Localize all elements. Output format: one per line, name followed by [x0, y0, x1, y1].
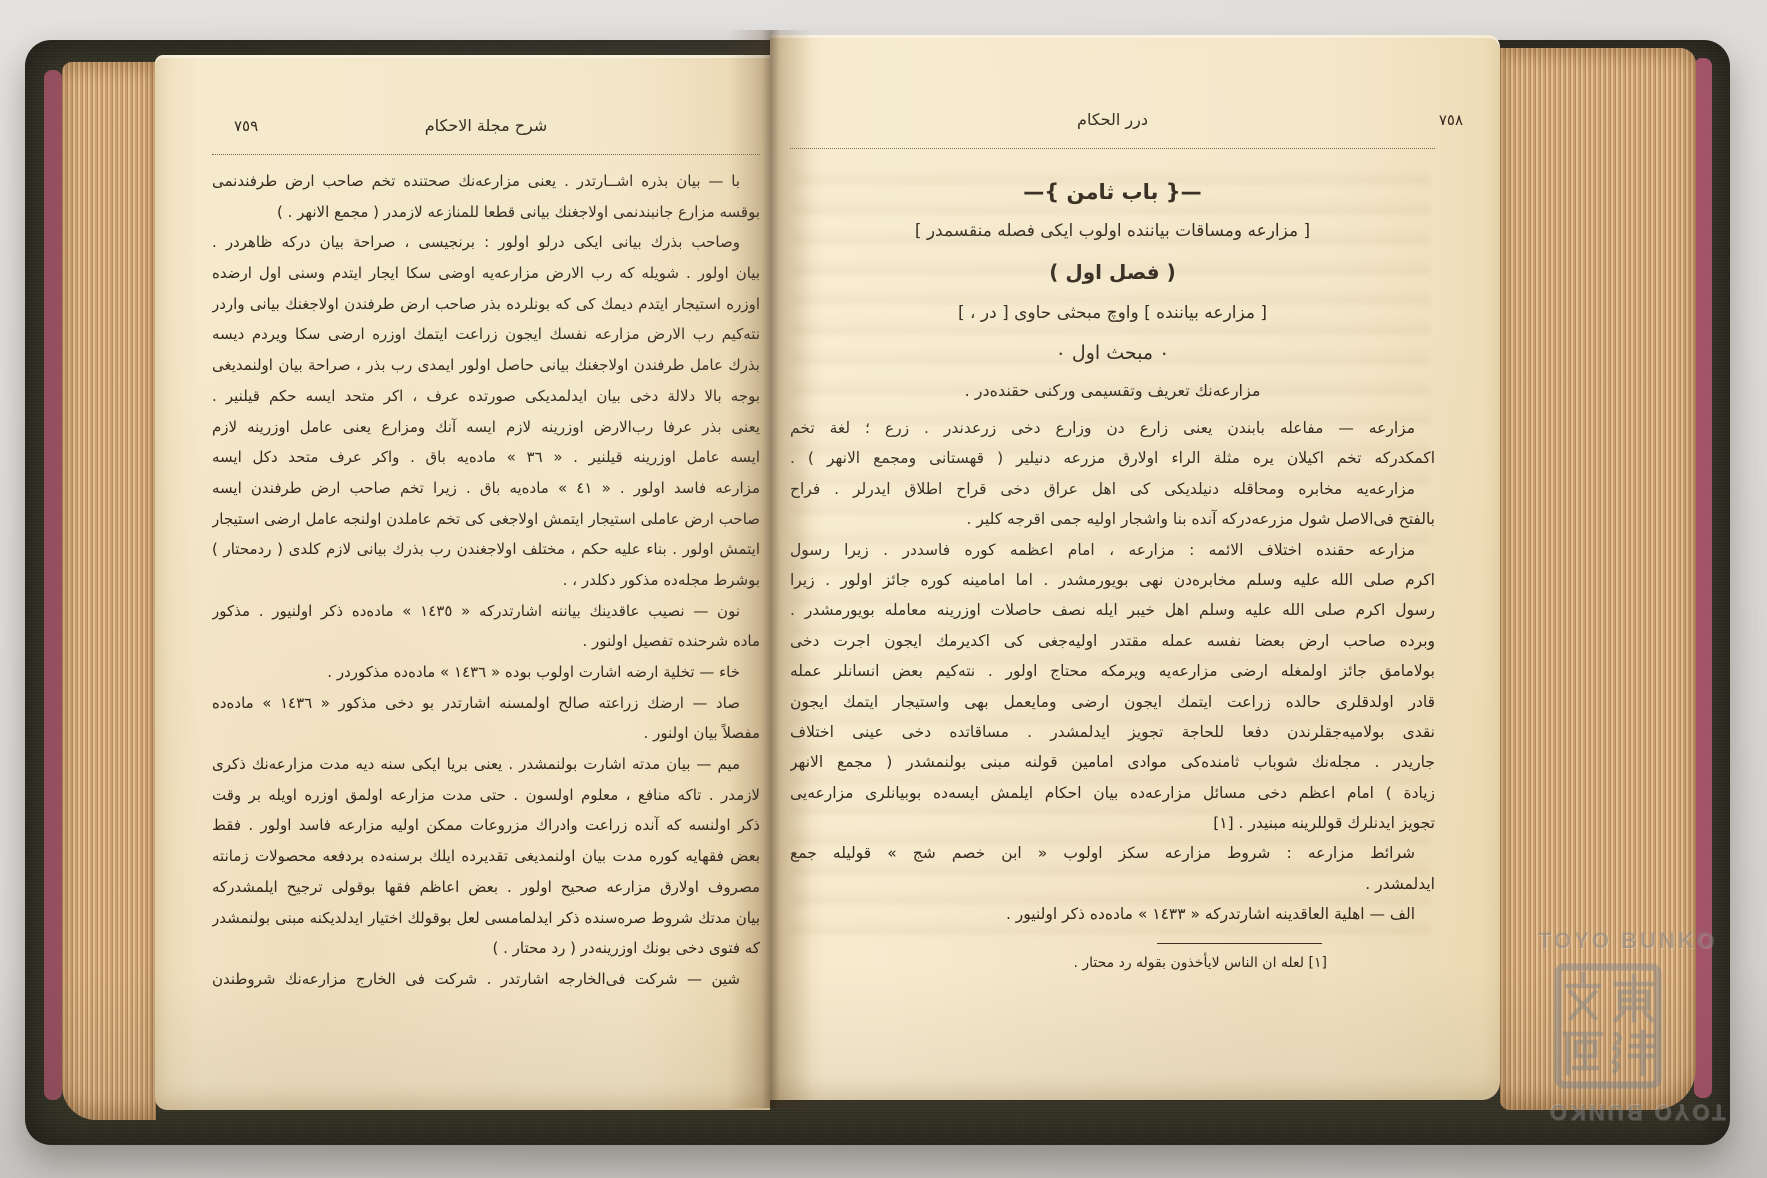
section-contents-note: [ مزارعه بياننده ] واوچ مبحثى حاوى [ در … — [790, 303, 1435, 323]
text-line: رسول اكرم صلى الله عليه وسلم اهل خيبر اي… — [790, 595, 1435, 625]
text-line: بعض فقهايه كوره مدت بيان اولنمديغى تقدير… — [212, 841, 760, 872]
topic-subject-line: مزارعه‌نك تعريف وتقسيمى وركنى حقنده‌در . — [790, 381, 1435, 400]
text-line: ميم — بيان مدته اشارت بولنمشدر . يعنى بر… — [212, 749, 760, 780]
text-line: شرائط مزارعه : شروط مزارعه سكز اولوب « ا… — [790, 838, 1435, 868]
text-line: صاد — ارضك زراعته صالح اولمسنه اشارتدر ب… — [212, 688, 760, 719]
text-line: كه فتوى دخى بونك اوزرينه‌در ( رد محتار .… — [212, 933, 760, 964]
text-line: اكمكدركه تخم اكيلان يره مثلة الراء اولار… — [790, 443, 1435, 473]
text-line: با — بيان بذره اشــارتدر . يعنى مزارعه‌ن… — [212, 166, 760, 197]
topic-heading: ٠ مبحث اول ٠ — [790, 342, 1435, 364]
text-line: يعنى بذر عرفا رب‌الارض اوزرينه لازم ايسه… — [212, 412, 760, 443]
right-page-body: مزارعه — مفاعله بابندن يعنى زارع دن وزار… — [790, 413, 1435, 930]
right-page-number: ٧٥٨ — [1439, 111, 1463, 129]
left-page-header: ٧٥٩ شرح مجلة الاحكام — [212, 116, 760, 146]
text-line: بوشرط مجله‌ده مذكور دكلدر ، . — [212, 565, 760, 596]
text-line: نقدى بولاميه‌جقلرندن دفعا للحاجة تجويز ا… — [790, 717, 1435, 747]
text-line: خاء — تخلية ارضه اشارت اولوب بوده « ١٤٣٦… — [212, 657, 760, 688]
text-line: لازمدر . تاكه منافع ، معلوم اولسون . حتى… — [212, 780, 760, 811]
text-line: مصروف اولارق مزارعه صحيح اولور . بعض اعا… — [212, 872, 760, 903]
text-line: مزارعه فاسد اولور . « ٤١ » ماده‌يه باق .… — [212, 473, 760, 504]
text-line: تجويز ايدنلرك قوللرينه مبنيدر . [١] — [790, 808, 1435, 838]
left-page-number: ٧٥٩ — [234, 117, 258, 135]
text-line: جاريدر . مجله‌نك شوباب ثامنده‌كى موادى ا… — [790, 747, 1435, 777]
left-fore-edge — [62, 62, 156, 1120]
text-line: بذرك عامل طرفندن اولاجغنك بيانى حاصل اول… — [212, 350, 760, 381]
right-page-content: ٧٥٨ درر الحكام —{ باب ثامن }— [ مزارعه و… — [790, 110, 1435, 976]
text-line: الف — اهلية العاقدينه اشارتدركه « ١٤٣٣ »… — [790, 899, 1435, 929]
right-fore-edge — [1500, 48, 1696, 1110]
chapter-heading: —{ باب ثامن }— — [790, 180, 1435, 204]
text-line: مزارعه‌يه مخابره ومحاقله دنيلديكى كى اهل… — [790, 474, 1435, 504]
text-line: اكرم صلى الله عليه وسلم مخابره‌دن نهى بو… — [790, 565, 1435, 595]
text-line: بيان اولور . شويله كه رب الارض مزارعه‌يه… — [212, 258, 760, 289]
text-line: اوزره استيجار ايتدم ديمك كى كه بونلرده ب… — [212, 289, 760, 320]
text-line: وبرده صاحب ارض بعضا نفسه عمله مقتدر اولي… — [790, 626, 1435, 656]
right-page-header: ٧٥٨ درر الحكام — [790, 110, 1435, 140]
right-running-title: درر الحكام — [790, 110, 1435, 129]
text-line: زيادة ) امام اعظم دخى مسائل مزارعه‌ده بي… — [790, 778, 1435, 808]
text-line: بوجه بالا دلالة دخى بيان ايدلمديكى صورتد… — [212, 381, 760, 412]
text-line: ايسه عامل اوزرينه قيلنير . « ٣٦ » ماده‌ي… — [212, 442, 760, 473]
text-line: شين — شركت فى‌الخارجه اشارتدر . شركت فى … — [212, 964, 760, 995]
text-line: مزارعه حقنده اختلاف الائمه : مزارعه ، ام… — [790, 535, 1435, 565]
right-endpaper-edge — [1694, 58, 1712, 1098]
text-line: بيان مدتك شروط صره‌سنده ذكر ايدلمامسى لع… — [212, 903, 760, 934]
text-line: نون — نصيب عاقدينك بياننه اشارتدركه « ١٤… — [212, 596, 760, 627]
text-line: بولامامق جائز اولمغله ارضى مزارعه‌يه وير… — [790, 656, 1435, 686]
text-line: بوقسه مزارع جانبندنمى اولاجغنك بيانى قطع… — [212, 197, 760, 228]
text-line: بالفتح فى‌الاصل شول مزرعه‌دركه آنده بنا … — [790, 504, 1435, 534]
text-line: ايدلمشدر . — [790, 869, 1435, 899]
footnote: [١] لعله ان الناس لايأخذون بقوله رد محتا… — [790, 950, 1327, 976]
left-page-body: با — بيان بذره اشــارتدر . يعنى مزارعه‌ن… — [212, 166, 760, 995]
right-header-rule — [790, 146, 1435, 149]
left-header-rule — [212, 152, 760, 155]
text-line: ماده شرحنده تفصيل اولنور . — [212, 626, 760, 657]
text-line: مفصلاً بيان اولنور . — [212, 718, 760, 749]
text-line: وصاحب بذرك بيانى ايكى درلو اولور : برنجي… — [212, 227, 760, 258]
section-heading: ( فصل اول ) — [790, 260, 1435, 284]
text-line: مزارعه — مفاعله بابندن يعنى زارع دن وزار… — [790, 413, 1435, 443]
text-line: ذكر اولنسه كه آنده زراعت وادراك مزروعات … — [212, 810, 760, 841]
photo-backdrop: ٧٥٩ شرح مجلة الاحكام با — بيان بذره اشــ… — [0, 0, 1767, 1178]
text-line: ايتمش اولور . بناء عليه حكم ، مختلف اولا… — [212, 534, 760, 565]
footnote-rule — [1157, 943, 1322, 944]
left-endpaper-edge — [44, 70, 62, 1100]
text-line: نته‌كيم رب الارض مزارعه نفسك ايجون زراعت… — [212, 319, 760, 350]
left-page-content: ٧٥٩ شرح مجلة الاحكام با — بيان بذره اشــ… — [212, 116, 760, 995]
chapter-division-note: [ مزارعه ومساقات بياننده اولوب ايكى فصله… — [790, 221, 1435, 241]
text-line: صاحب ارض عاملى استيجار ايتمش اولاجغى كى … — [212, 504, 760, 535]
left-running-title: شرح مجلة الاحكام — [212, 116, 760, 135]
text-line: قادر اولدقلرى حالده زراعت ايتمك ايجون ار… — [790, 687, 1435, 717]
